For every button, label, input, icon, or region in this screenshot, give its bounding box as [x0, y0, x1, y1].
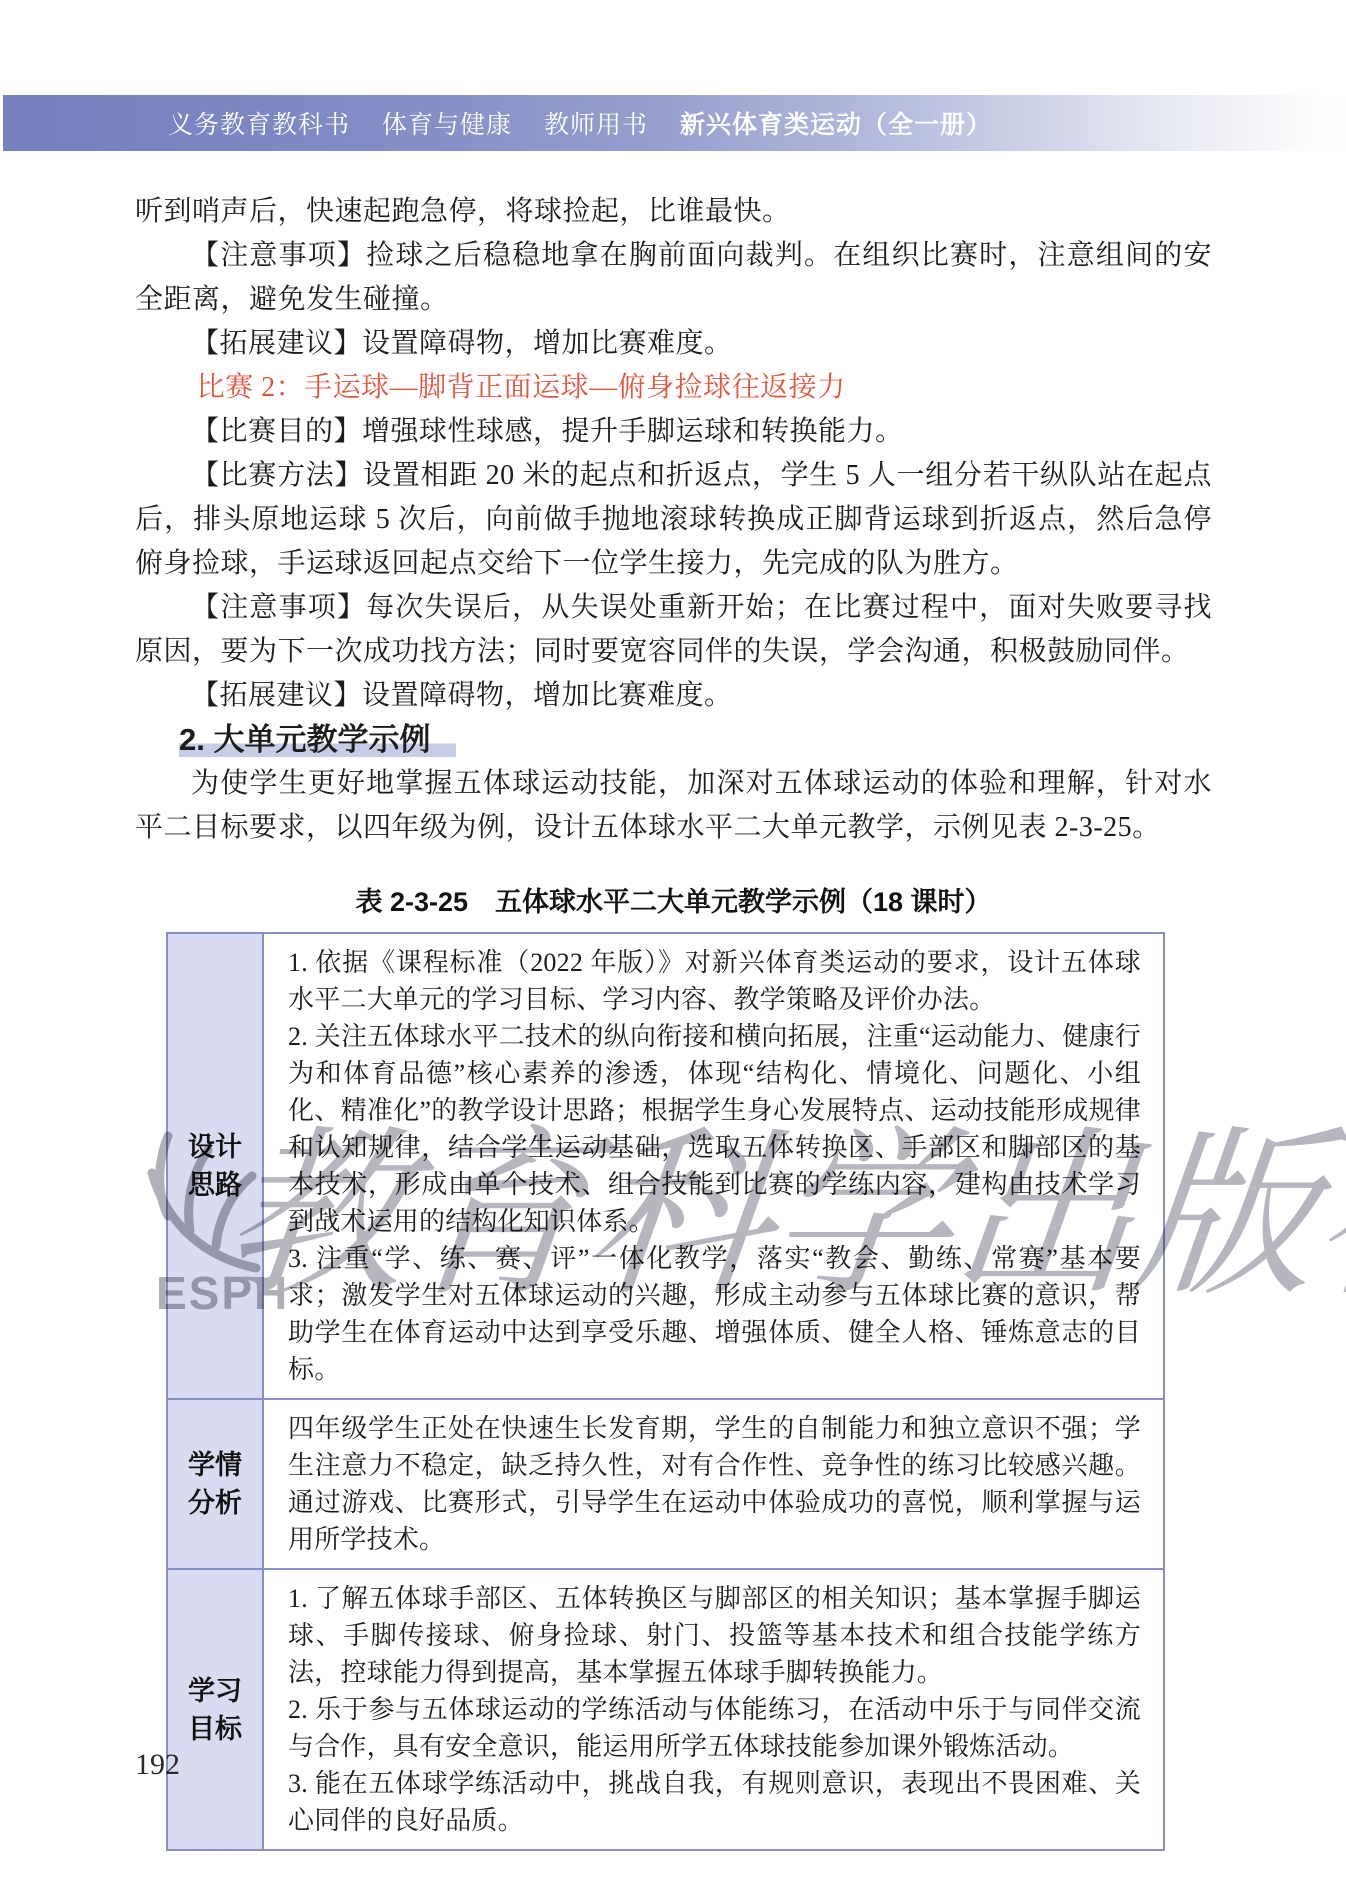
cell-paragraph: 2. 乐于参与五体球运动的学练活动与体能练习，在活动中乐于与同伴交流与合作，具有…	[288, 1691, 1141, 1765]
row-content-2: 1. 了解五体球手部区、五体转换区与脚部区的相关知识；基本掌握手脚运球、手脚传接…	[263, 1569, 1164, 1850]
paragraph-race-purpose: 【比赛目的】增强球性球感，提升手脚运球和转换能力。	[135, 410, 1212, 454]
unit-table-body: 设计思路1. 依据《课程标准（2022 年版）》对新兴体育类运动的要求，设计五体…	[167, 933, 1164, 1850]
header-segment-1: 体育与健康	[382, 105, 512, 141]
cell-paragraph: 1. 了解五体球手部区、五体转换区与脚部区的相关知识；基本掌握手脚运球、手脚传接…	[288, 1580, 1141, 1691]
row-content-1: 四年级学生正处在快速生长发育期，学生的自制能力和独立意识不强；学生注意力不稳定，…	[263, 1399, 1164, 1569]
publisher-watermark-char: 社	[1306, 1118, 1346, 1318]
row-label-line: 思路	[169, 1166, 261, 1204]
paragraph-pickup-race: 听到哨声后，快速起跑急停，将球捡起，比谁最快。	[135, 190, 1212, 234]
body-content: 听到哨声后，快速起跑急停，将球捡起，比谁最快。【注意事项】捡球之后稳稳地拿在胸前…	[135, 190, 1212, 850]
table-row-0: 设计思路1. 依据《课程标准（2022 年版）》对新兴体育类运动的要求，设计五体…	[167, 933, 1164, 1399]
header-segment-0: 义务教育教科书	[168, 105, 350, 141]
row-label-line: 设计	[169, 1128, 261, 1166]
paragraph-notes-1: 【注意事项】捡球之后稳稳地拿在胸前面向裁判。在组织比赛时，注意组间的安全距离，避…	[135, 234, 1212, 322]
header-segment-2: 教师用书	[544, 105, 648, 141]
table-section: 表 2-3-25 五体球水平二大单元教学示例（18 课时） 设计思路1. 依据《…	[135, 862, 1212, 1851]
row-label-1: 学情分析	[167, 1399, 263, 1569]
paragraph-race-method: 【比赛方法】设置相距 20 米的起点和折返点，学生 5 人一组分若干纵队站在起点…	[135, 454, 1212, 586]
row-label-line: 学习	[169, 1672, 261, 1710]
row-label-line: 目标	[169, 1710, 261, 1748]
cell-paragraph: 1. 依据《课程标准（2022 年版）》对新兴体育类运动的要求，设计五体球水平二…	[288, 944, 1141, 1018]
row-label-line: 学情	[169, 1446, 261, 1484]
paragraph-extension-2: 【拓展建议】设置障碍物，增加比赛难度。	[135, 674, 1212, 718]
row-label-line: 分析	[169, 1484, 261, 1522]
cell-paragraph: 3. 能在五体球学练活动中，挑战自我，有规则意识，表现出不畏困难、关心同伴的良好…	[288, 1765, 1141, 1839]
header-segment-3: 新兴体育类运动（全一册）	[680, 105, 992, 141]
table-row-1: 学情分析四年级学生正处在快速生长发育期，学生的自制能力和独立意识不强；学生注意力…	[167, 1399, 1164, 1569]
unit-teaching-table: 设计思路1. 依据《课程标准（2022 年版）》对新兴体育类运动的要求，设计五体…	[166, 932, 1165, 1851]
paragraph-extension-1: 【拓展建议】设置障碍物，增加比赛难度。	[135, 322, 1212, 366]
paragraph-race2-title: 比赛 2：手运球—脚背正面运球—俯身捡球往返接力	[135, 366, 1212, 410]
row-content-0: 1. 依据《课程标准（2022 年版）》对新兴体育类运动的要求，设计五体球水平二…	[263, 933, 1164, 1399]
page-number: 192	[135, 1748, 180, 1782]
cell-paragraph: 3. 注重“学、练、赛、评”一体化教学，落实“教会、勤练、常赛”基本要求；激发学…	[288, 1240, 1141, 1388]
table-caption: 表 2-3-25 五体球水平二大单元教学示例（18 课时）	[135, 884, 1212, 920]
paragraph-notes-2: 【注意事项】每次失误后，从失误处重新开始；在比赛过程中，面对失败要寻找原因，要为…	[135, 586, 1212, 674]
paragraph-unit-intro: 为使学生更好地掌握五体球运动技能，加深对五体球运动的体验和理解，针对水平二目标要…	[135, 762, 1212, 850]
section-heading-text: 2. 大单元教学示例	[179, 722, 456, 757]
page-header-band: 义务教育教科书体育与健康教师用书新兴体育类运动（全一册）	[3, 95, 1346, 151]
cell-paragraph: 四年级学生正处在快速生长发育期，学生的自制能力和独立意识不强；学生注意力不稳定，…	[288, 1410, 1141, 1558]
row-label-0: 设计思路	[167, 933, 263, 1399]
table-row-2: 学习目标1. 了解五体球手部区、五体转换区与脚部区的相关知识；基本掌握手脚运球、…	[167, 1569, 1164, 1850]
cell-paragraph: 2. 关注五体球水平二技术的纵向衔接和横向拓展，注重“运动能力、健康行为和体育品…	[288, 1018, 1141, 1240]
textbook-page: 义务教育教科书体育与健康教师用书新兴体育类运动（全一册） 听到哨声后，快速起跑急…	[0, 0, 1346, 1885]
section-heading: 2. 大单元教学示例	[135, 718, 1212, 762]
row-label-2: 学习目标	[167, 1569, 263, 1850]
